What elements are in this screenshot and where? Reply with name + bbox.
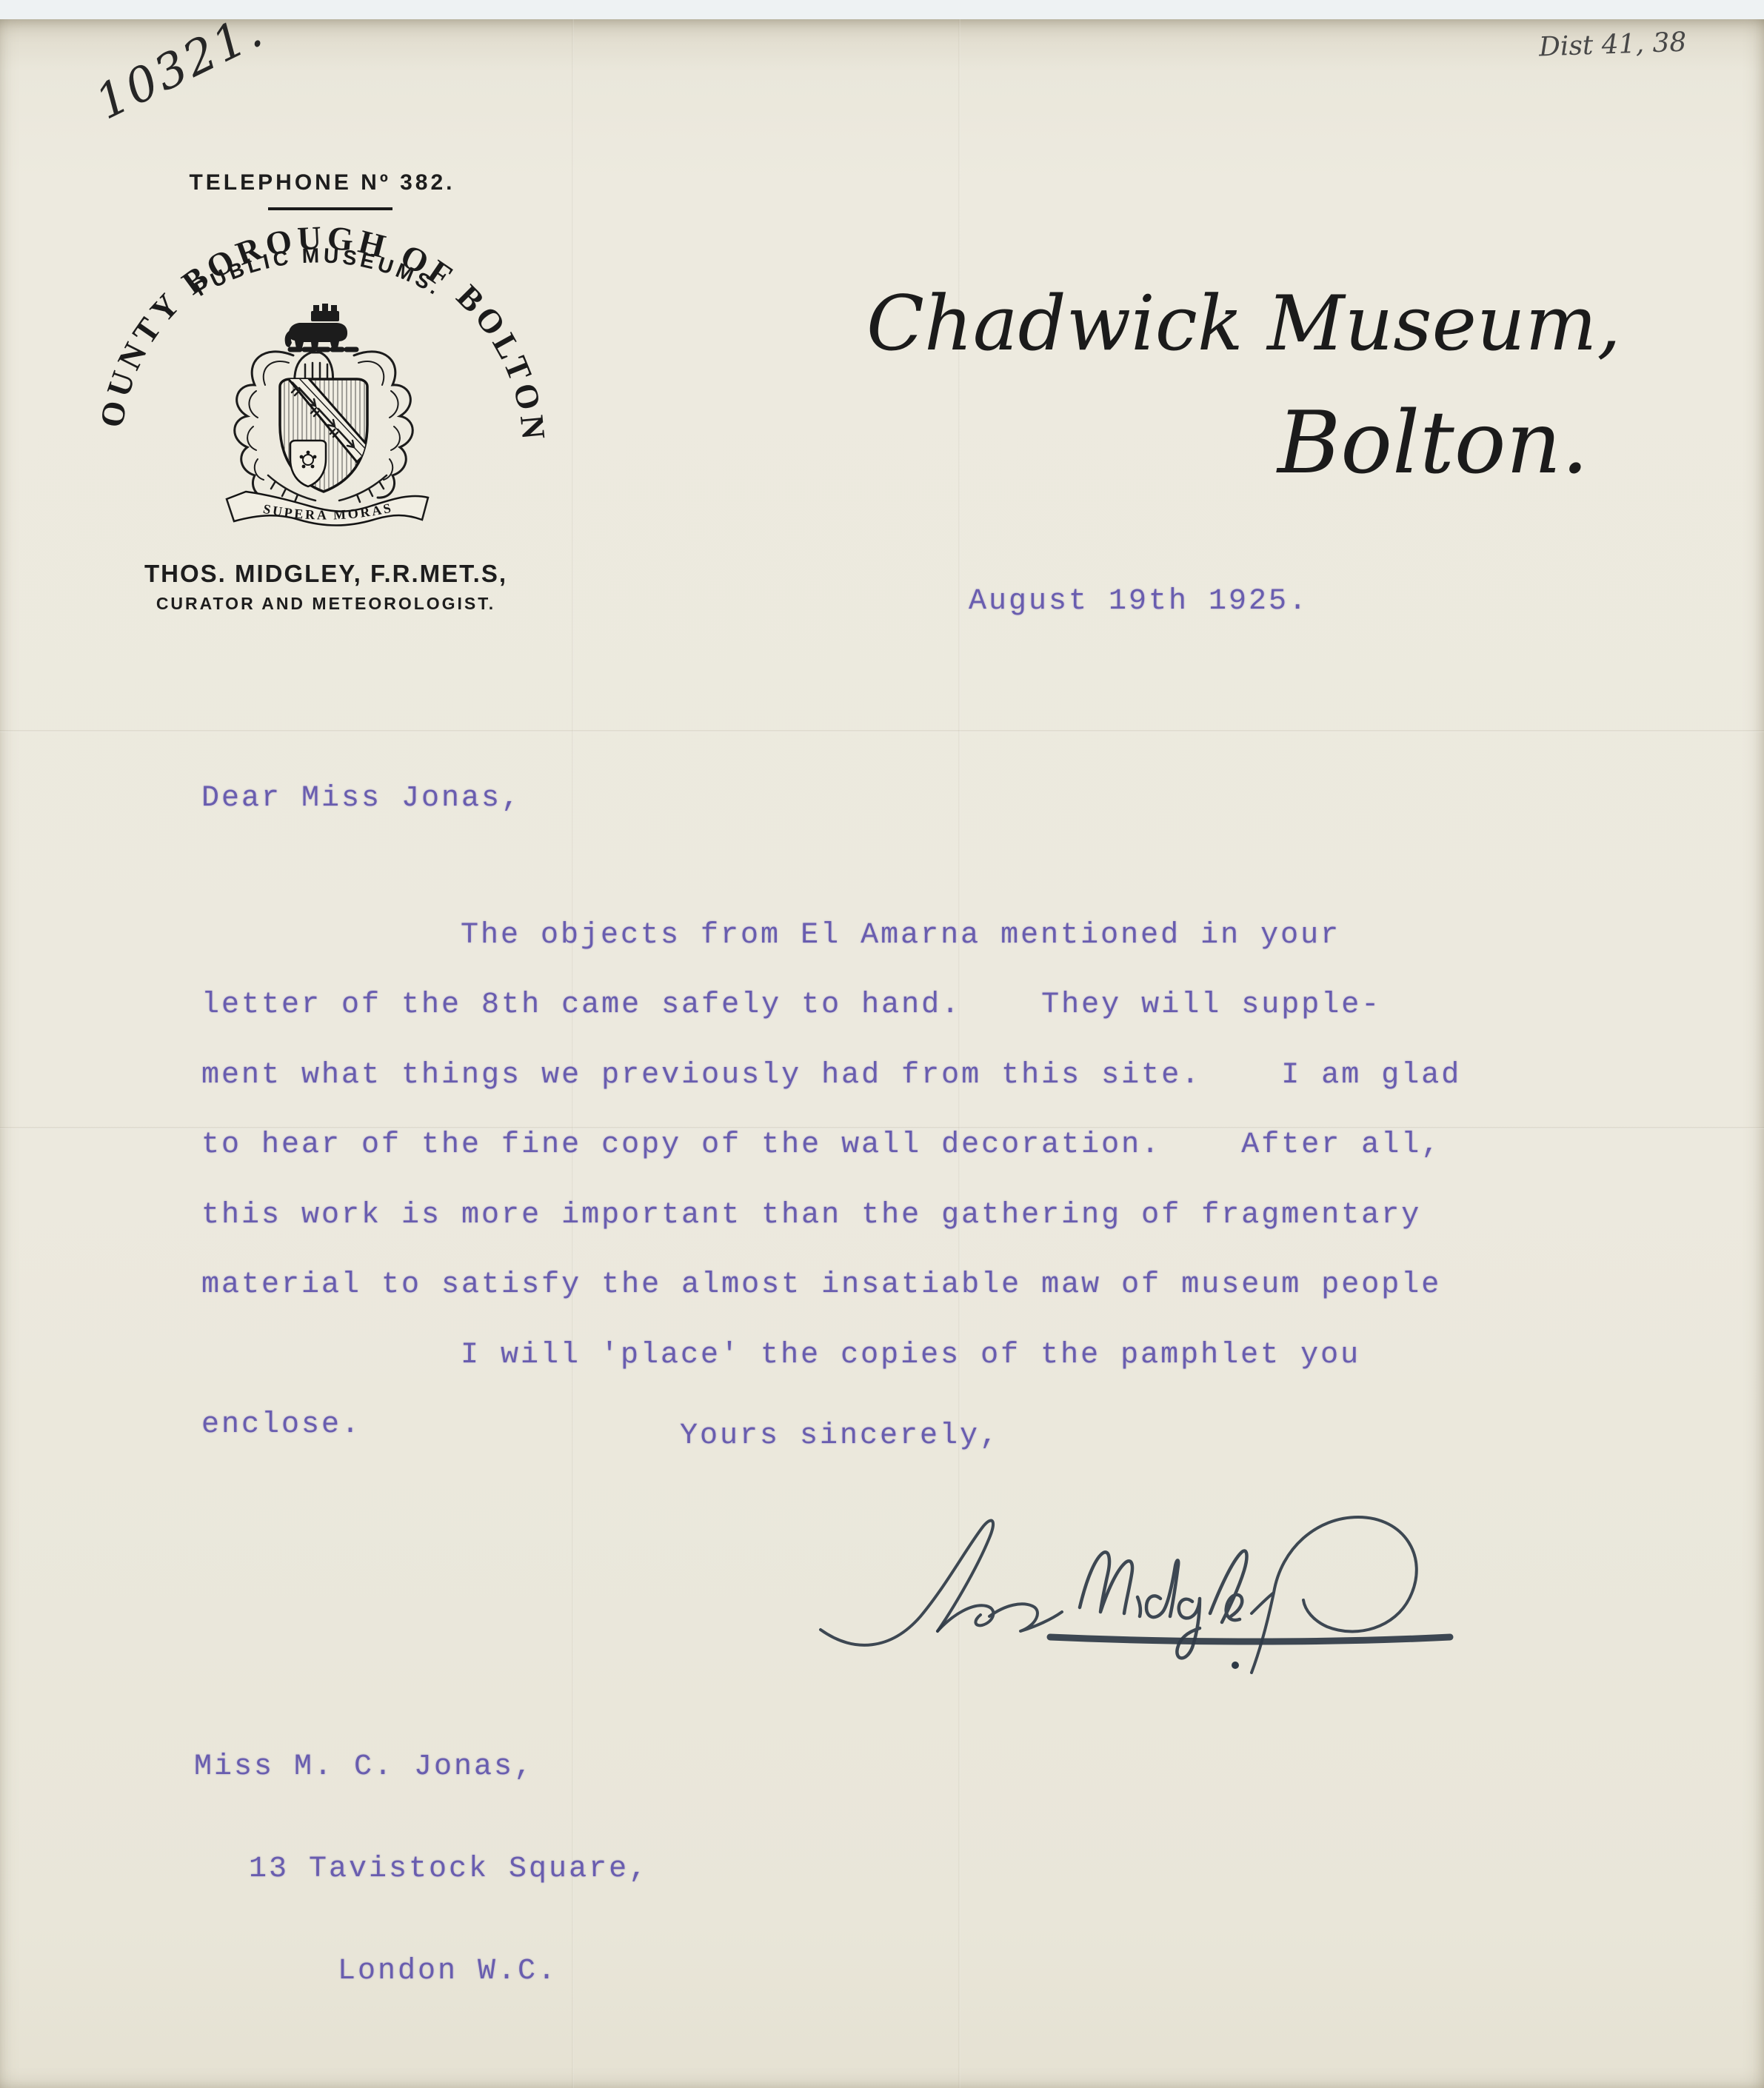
recipient-street: 13 Tavistock Square,	[194, 1852, 649, 1887]
recipient-block: Miss M. C. Jonas, 13 Tavistock Square, L…	[194, 1683, 649, 2056]
letter-line: ment what things we previously had from …	[201, 1041, 1461, 1111]
corner-note: Dist 41, 38	[1538, 27, 1687, 63]
valediction: Yours sincerely,	[680, 1419, 1000, 1454]
accession-number: 10321.	[87, 3, 273, 131]
curator-title: CURATOR AND METEOROLOGIST.	[104, 594, 548, 614]
motto-ribbon: SUPERA MORAS	[227, 492, 428, 526]
letter-paper: 10321. Dist 41, 38 TELEPHONE Nº 382. COU…	[0, 19, 1764, 2088]
coat-of-arms-icon: SUPERA MORAS	[216, 301, 438, 545]
salutation: Dear Miss Jonas,	[201, 764, 1461, 834]
signature-underline	[1050, 1637, 1450, 1642]
letter-line: The objects from El Amarna mentioned in …	[201, 901, 1461, 971]
signature	[798, 1489, 1480, 1689]
shield-icon	[280, 376, 370, 492]
elephant-castle-icon	[285, 304, 347, 348]
institution-city: Bolton.	[1277, 393, 1588, 493]
letter-date: August 19th 1925.	[969, 584, 1309, 620]
letter-body: Dear Miss Jonas, The objects from El Ama…	[201, 697, 1461, 1461]
letter-line: material to satisfy the almost insatiabl…	[201, 1251, 1461, 1321]
letter-line: to hear of the fine copy of the wall dec…	[201, 1111, 1461, 1181]
signature-dot	[1232, 1662, 1239, 1669]
letter-line: I will 'place' the copies of the pamphle…	[201, 1321, 1461, 1391]
letter-line: this work is more important than the gat…	[201, 1181, 1461, 1251]
letter-scan: 10321. Dist 41, 38 TELEPHONE Nº 382. COU…	[0, 0, 1764, 2088]
telephone-line: TELEPHONE Nº 382.	[174, 170, 470, 195]
institution-name: Chadwick Museum,	[866, 280, 1621, 368]
recipient-name: Miss M. C. Jonas,	[194, 1750, 649, 1785]
recipient-city: London W.C.	[194, 1954, 649, 1990]
curator-name: THOS. MIDGLEY, F.R.MET.S,	[104, 560, 548, 588]
letter-line: letter of the 8th came safely to hand. T…	[201, 971, 1461, 1041]
